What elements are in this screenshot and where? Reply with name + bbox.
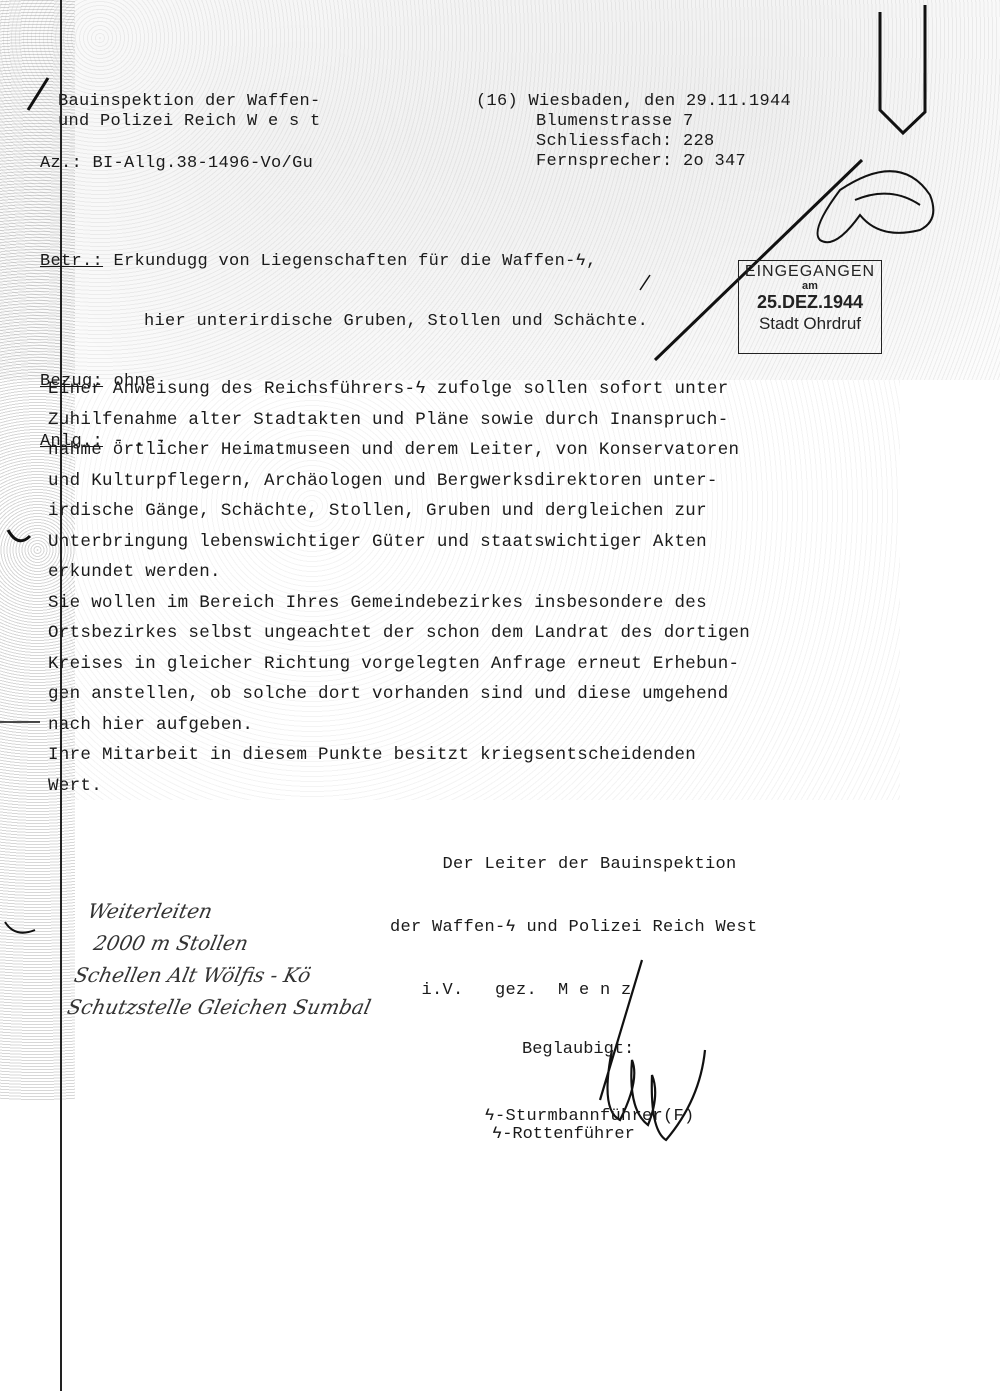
body-line: Kreises in gleicher Richtung vorgelegten… bbox=[48, 649, 750, 680]
note-line-2: 2000 m Stollen bbox=[78, 927, 388, 959]
signature-rank: ϟ-Sturmbannführer(F) bbox=[390, 1106, 758, 1127]
signature-line-3: i.V. gez. M e n z bbox=[390, 980, 758, 1001]
body-line: und Kulturpflegern, Archäologen und Berg… bbox=[48, 466, 750, 497]
note-line-1: Weiterleiten bbox=[85, 895, 395, 927]
body-line: Sie wollen im Bereich Ihres Gemeindebezi… bbox=[48, 588, 750, 619]
body-line: irdische Gänge, Schächte, Stollen, Grube… bbox=[48, 496, 750, 527]
reference-line: Az.: BI-Allg.38-1496-Vo/Gu bbox=[40, 154, 313, 174]
signature-block: Der Leiter der Bauinspektion der Waffen-… bbox=[390, 812, 758, 1148]
reference-label: Az.: bbox=[40, 154, 82, 173]
body-line: Wert. bbox=[48, 771, 750, 802]
handwritten-note: Weiterleiten 2000 m StollenSchellen Alt … bbox=[64, 895, 394, 1023]
received-stamp: EINGEGANGEN am 25.DEZ.1944 Stadt Ohrdruf bbox=[738, 260, 882, 354]
reference-value: BI-Allg.38-1496-Vo/Gu bbox=[93, 154, 314, 173]
betr-line-1: Erkundugg von Liegenschaften für die Waf… bbox=[114, 252, 597, 271]
body-line: Einer Anweisung des Reichsführers-ϟ zufo… bbox=[48, 374, 750, 405]
address-phone: Fernsprecher: 2o 347 bbox=[476, 152, 791, 172]
betr-label: Betr.: bbox=[40, 252, 103, 271]
sender-block: Bauinspektion der Waffen-und Polizei Rei… bbox=[58, 92, 321, 132]
body-line: gen anstellen, ob solche dort vorhanden … bbox=[48, 679, 750, 710]
sender-line-1: Bauinspektion der Waffen- bbox=[58, 92, 321, 112]
body-line: Unterbringung lebenswichtiger Güter und … bbox=[48, 527, 750, 558]
stamp-date: 25.DEZ.1944 bbox=[739, 291, 881, 313]
address-block: (16) Wiesbaden, den 29.11.1944Blumenstra… bbox=[476, 92, 791, 172]
signature-line-2: der Waffen-ϟ und Polizei Reich West bbox=[390, 917, 758, 938]
stamp-am: am bbox=[739, 281, 881, 291]
note-line-3: Schellen Alt Wölfis - Kö bbox=[71, 959, 381, 991]
location-date: (16) Wiesbaden, den 29.11.1944 bbox=[476, 92, 791, 112]
body-line: Zuhilfenahme alter Stadtakten und Pläne … bbox=[48, 405, 750, 436]
address-street: Blumenstrasse 7 bbox=[476, 112, 791, 132]
body-line: Ihre Mitarbeit in diesem Punkte besitzt … bbox=[48, 740, 750, 771]
certified-label: Beglaubigt: bbox=[522, 1040, 634, 1059]
body-line: erkundet werden. bbox=[48, 557, 750, 588]
body-line: nahme örtlicher Heimatmuseen und derem L… bbox=[48, 435, 750, 466]
letter-body: Einer Anweisung des Reichsführers-ϟ zufo… bbox=[48, 374, 750, 801]
note-line-4: Schutzstelle Gleichen Sumbal bbox=[64, 991, 374, 1023]
body-line: nach hier aufgeben. bbox=[48, 710, 750, 741]
sender-line-2: und Polizei Reich W e s t bbox=[58, 112, 321, 132]
certifier-rank: ϟ-Rottenführer bbox=[492, 1125, 635, 1144]
address-pobox: Schliessfach: 228 bbox=[476, 132, 791, 152]
body-line: Ortsbezirkes selbst ungeachtet der schon… bbox=[48, 618, 750, 649]
signature-line-1: Der Leiter der Bauinspektion bbox=[390, 854, 758, 875]
stamp-received: EINGEGANGEN bbox=[739, 263, 881, 281]
stamp-place: Stadt Ohrdruf bbox=[739, 313, 881, 335]
betr-line-2: hier unterirdische Gruben, Stollen und S… bbox=[40, 312, 648, 332]
